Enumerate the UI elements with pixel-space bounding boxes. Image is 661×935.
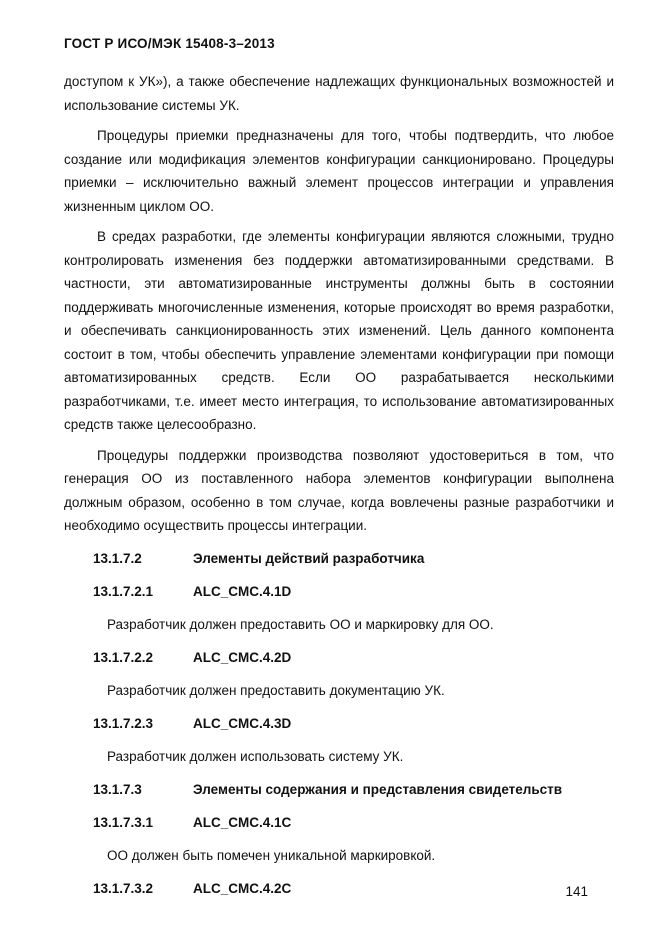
body-paragraph: В средах разработки, где элементы конфиг…: [64, 225, 614, 437]
requirement-text: Разработчик должен предоставить документ…: [64, 679, 614, 703]
clause-number: 13.1.7.2.2: [93, 646, 193, 670]
section-number: 13.1.7.2: [93, 547, 193, 571]
section-title: Элементы действий разработчика: [193, 547, 614, 571]
running-header-title: ГОСТ Р ИСО/МЭК 15408-3–2013: [64, 36, 275, 51]
clause-title: ALC_CMC.4.2C: [193, 877, 614, 901]
requirement-text: Разработчик должен использовать систему …: [64, 745, 614, 769]
requirement-text: Разработчик должен предоставить ОО и мар…: [64, 613, 614, 637]
clause-number: 13.1.7.2.3: [93, 712, 193, 736]
section-heading: 13.1.7.2 Элементы действий разработчика: [64, 547, 614, 571]
section-number: 13.1.7.3: [93, 778, 193, 802]
clause-heading: 13.1.7.2.2 ALC_CMC.4.2D: [64, 646, 614, 670]
page-number: 141: [565, 884, 588, 900]
clause-title: ALC_CMC.4.2D: [193, 646, 614, 670]
section-title: Элементы содержания и представления свид…: [193, 778, 614, 802]
clause-number: 13.1.7.3.2: [93, 877, 193, 901]
clause-heading: 13.1.7.3.1 ALC_CMC.4.1C: [64, 811, 614, 835]
requirement-text: ОО должен быть помечен уникальной маркир…: [64, 844, 614, 868]
clause-heading: 13.1.7.2.1 ALC_CMC.4.1D: [64, 580, 614, 604]
clause-title: ALC_CMC.4.1C: [193, 811, 614, 835]
document-body: доступом к УК»), а также обеспечение над…: [64, 70, 614, 910]
section-heading: 13.1.7.3 Элементы содержания и представл…: [64, 778, 614, 802]
clause-heading: 13.1.7.3.2 ALC_CMC.4.2C: [64, 877, 614, 901]
body-paragraph: доступом к УК»), а также обеспечение над…: [64, 70, 614, 117]
clause-title: ALC_CMC.4.1D: [193, 580, 614, 604]
clause-title: ALC_CMC.4.3D: [193, 712, 614, 736]
body-paragraph: Процедуры поддержки производства позволя…: [64, 444, 614, 538]
clause-number: 13.1.7.2.1: [93, 580, 193, 604]
clause-heading: 13.1.7.2.3 ALC_CMC.4.3D: [64, 712, 614, 736]
document-page: ГОСТ Р ИСО/МЭК 15408-3–2013 доступом к У…: [0, 0, 661, 935]
clause-number: 13.1.7.3.1: [93, 811, 193, 835]
body-paragraph: Процедуры приемки предназначены для того…: [64, 124, 614, 218]
